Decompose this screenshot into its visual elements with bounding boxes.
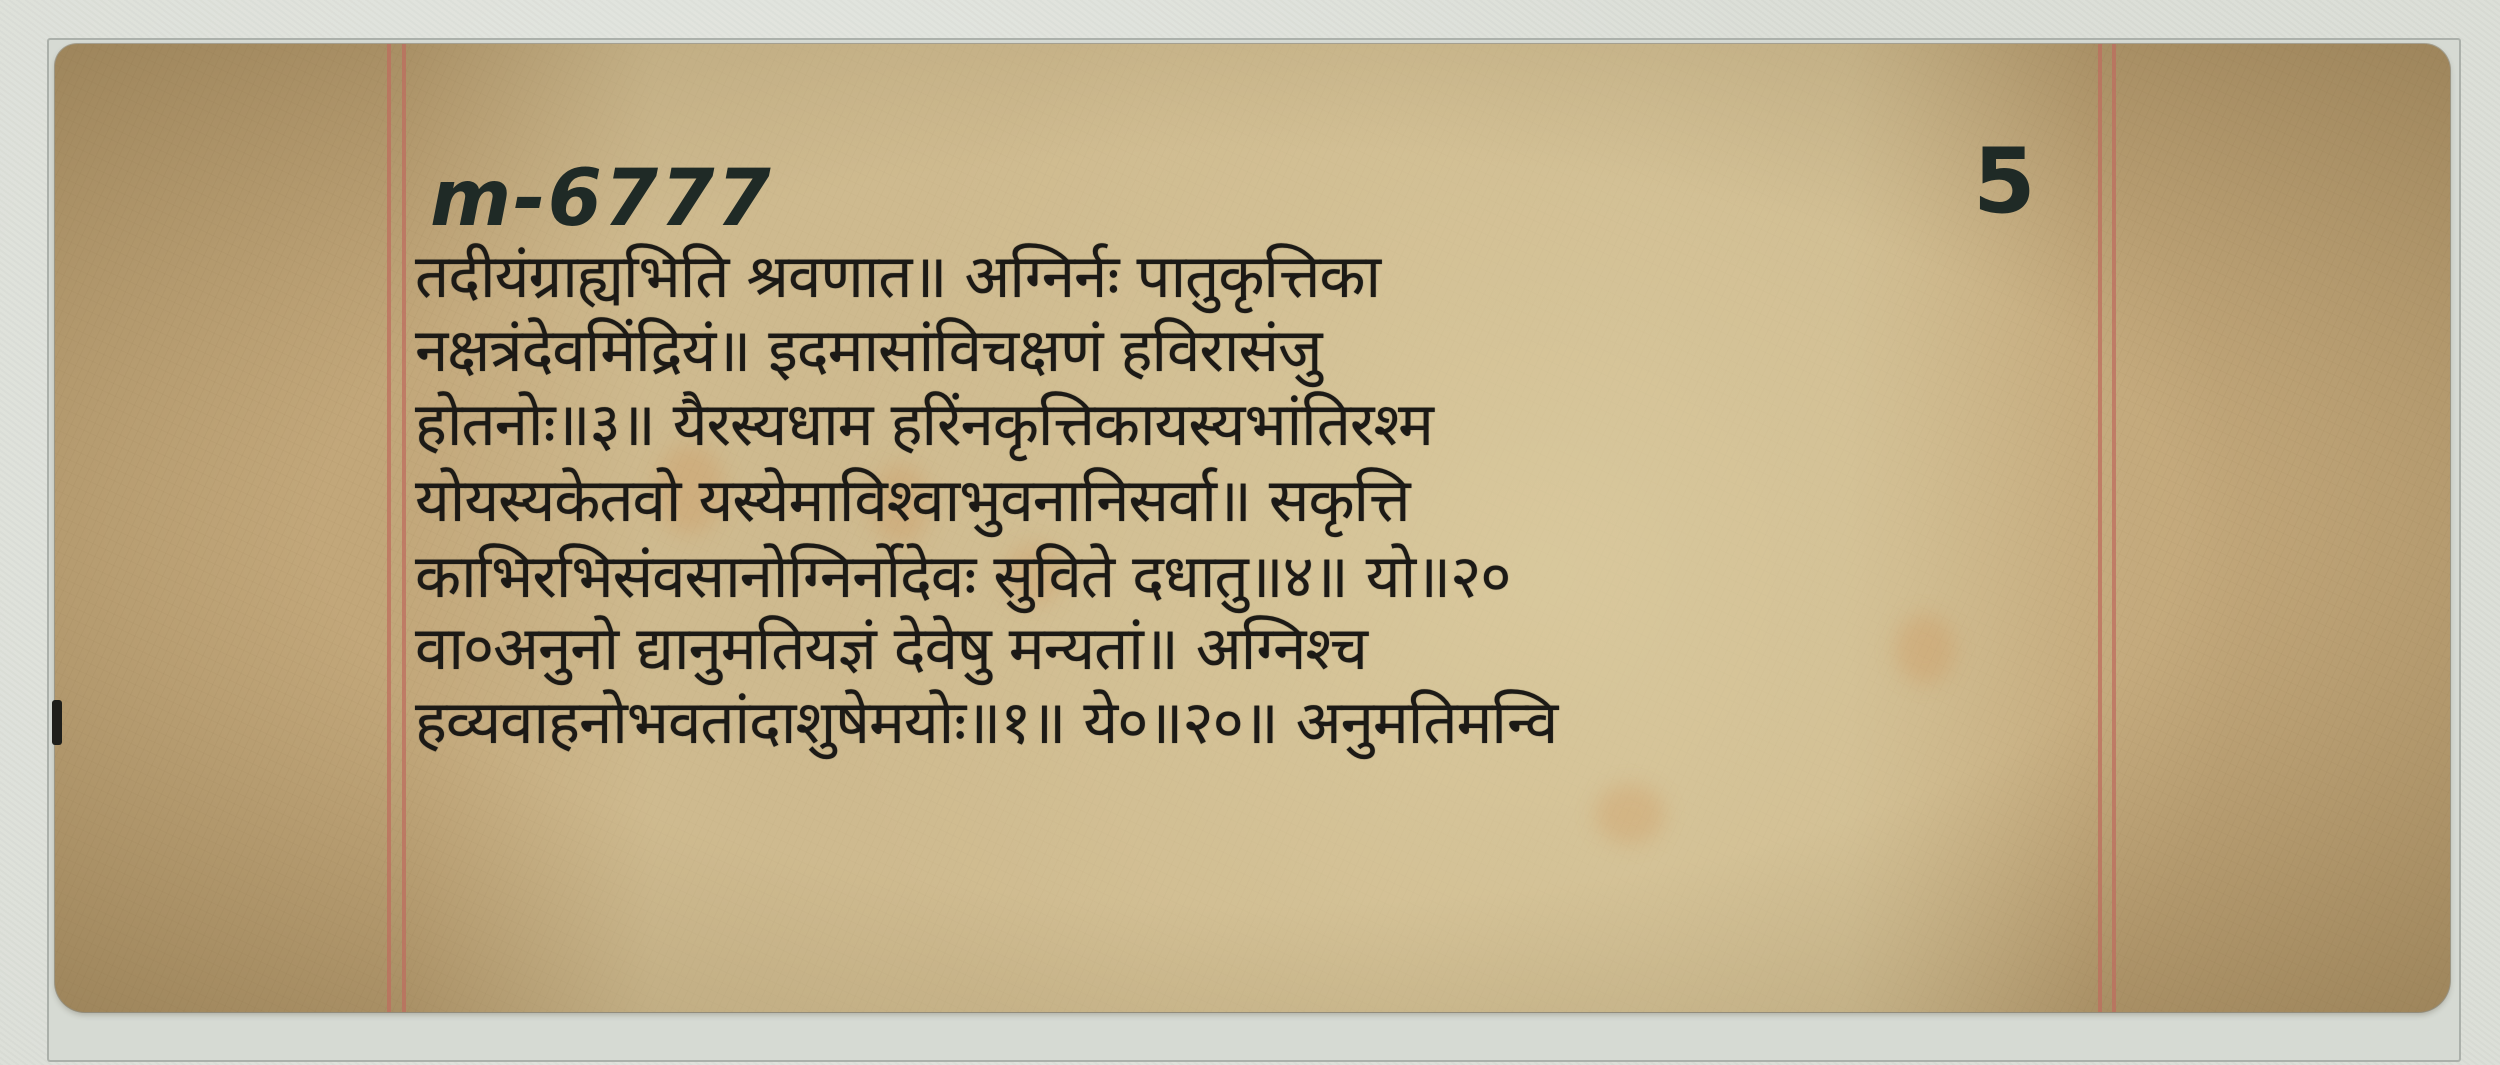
text-line-6: वा०अनुनो द्यानुमतियज्ञं देवेषु मन्यतां॥ …	[415, 614, 2165, 684]
shelfmark-label: m-6777	[430, 154, 773, 244]
left-margin-rule-outer	[387, 44, 391, 1012]
text-line-3: होतनोः॥३॥ यैरस्यधाम हरिंनकृत्तिकायस्यभां…	[415, 390, 2165, 460]
folio-number: 5	[1973, 129, 2036, 234]
stain	[1595, 784, 1665, 844]
text-line-4: योयस्यकेतवो यस्येमाविश्वाभुवनानिसर्वा॥ स…	[415, 466, 2165, 536]
text-line-5: काभिरभिसंवसानोग्निर्नोदेवः सुविते दधातु॥…	[415, 542, 2165, 612]
left-edge-ink-mark	[52, 700, 62, 745]
text-line-1: तदीयंग्राह्यभिति श्रवणात॥ अग्निर्नः पातु…	[415, 242, 2165, 312]
text-line-2: नक्षत्रंदेवमिंद्रियं॥ इदमासांविचक्षणं हव…	[415, 316, 2165, 386]
text-line-7: हव्यवाहनोभवतांदाशुषेमयोः॥१॥ ये०॥२०॥ अनुम…	[415, 688, 2165, 758]
left-margin-rule-inner	[402, 44, 406, 1012]
manuscript-page: m-6777 5 तदीयंग्राह्यभिति श्रवणात॥ अग्नि…	[55, 44, 2450, 1012]
